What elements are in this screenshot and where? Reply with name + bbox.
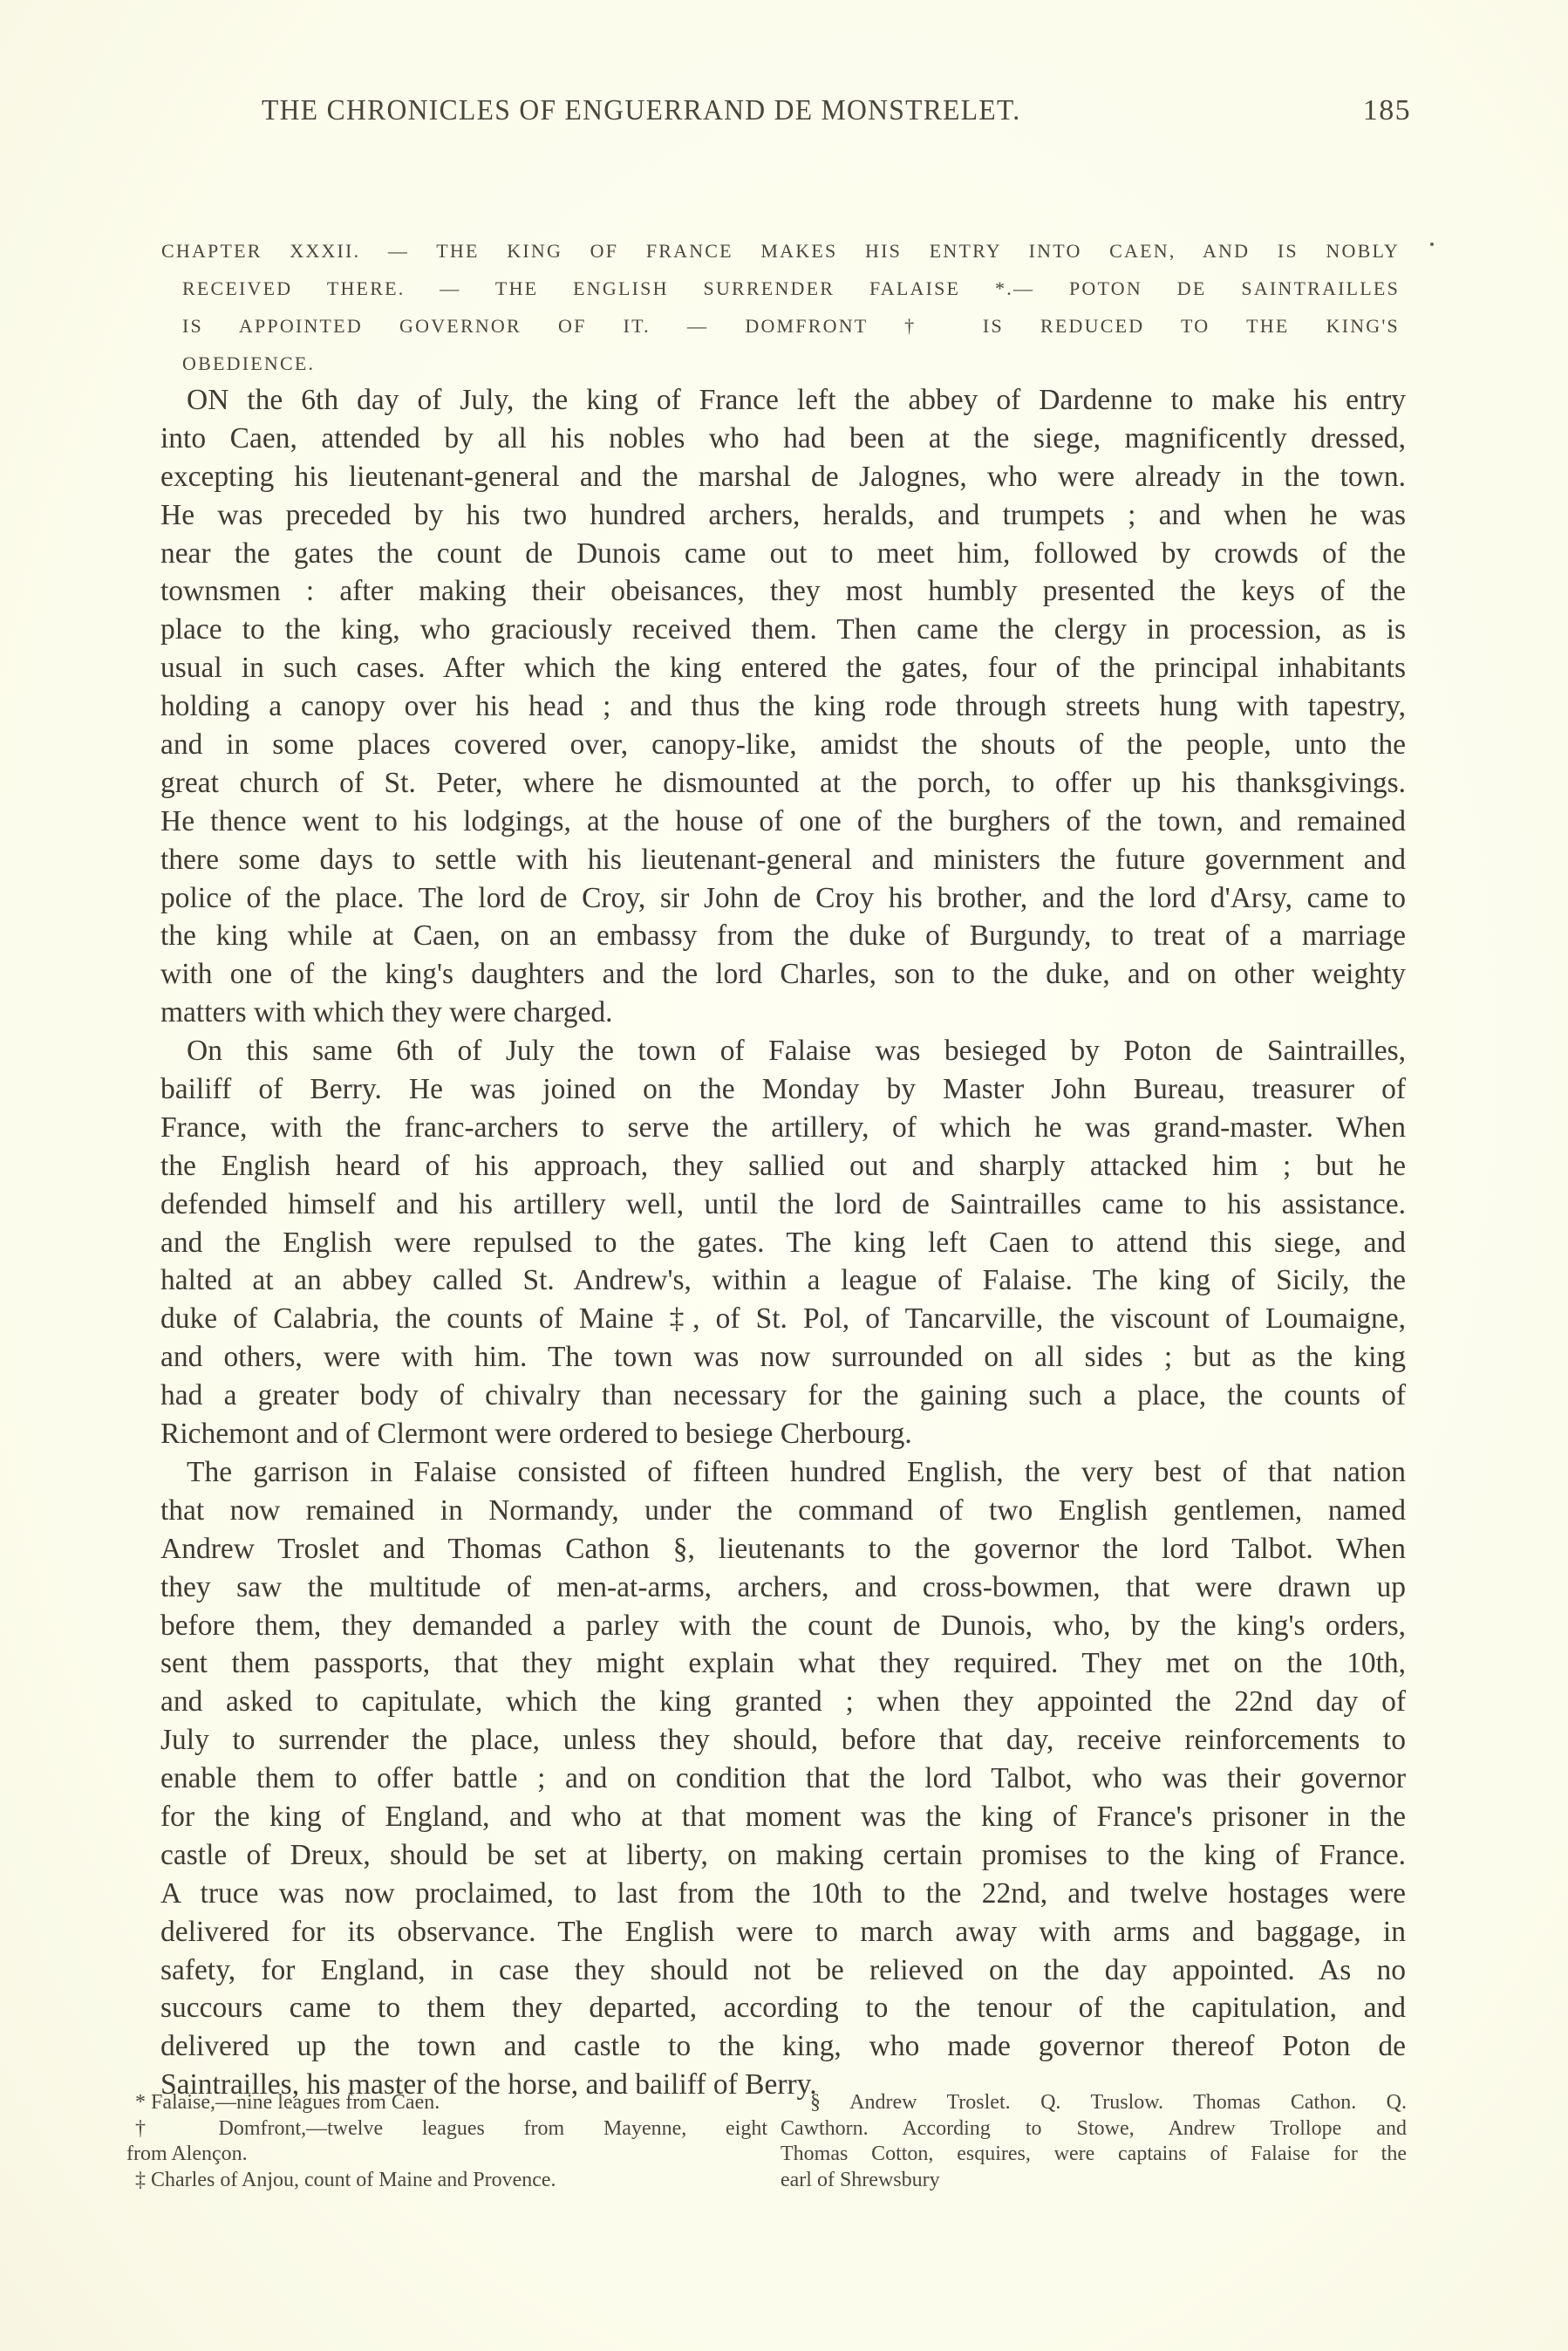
text-line: France, with the franc-archers to serve … (160, 1109, 1406, 1147)
text-line: they saw the multitude of men-at-arms, a… (160, 1568, 1406, 1607)
text-line: the king while at Caen, on an embassy fr… (160, 917, 1406, 955)
text-line: the English heard of his approach, they … (160, 1147, 1406, 1186)
text-line: castle of Dreux, should be set at libert… (160, 1836, 1406, 1875)
footnote-line: * Falaise,—nine leagues from Caen. (126, 2090, 767, 2116)
chapter-heading-line: CHAPTER XXXII. — THE KING OF FRANCE MAKE… (161, 232, 1400, 270)
footnote-line: Cawthorn. According to Stowe, Andrew Tro… (781, 2116, 1407, 2143)
text-line: before them, they demanded a parley with… (160, 1607, 1406, 1645)
text-line: safety, for England, in case they should… (160, 1951, 1406, 1990)
text-line: July to surrender the place, unless they… (160, 1721, 1406, 1760)
text-line: holding a canopy over his head ; and thu… (160, 687, 1406, 726)
text-line: for the king of England, and who at that… (160, 1798, 1406, 1836)
text-line: Andrew Troslet and Thomas Cathon §, lieu… (160, 1530, 1406, 1568)
text-line: He thence went to his lodgings, at the h… (160, 803, 1406, 841)
text-line: there some days to settle with his lieut… (160, 841, 1406, 879)
text-line: ON the 6th day of July, the king of Fran… (160, 381, 1406, 420)
footnote-line: † Domfront,—twelve leagues from Mayenne,… (126, 2116, 767, 2143)
chapter-heading-line: IS APPOINTED GOVERNOR OF IT. — DOMFRONT … (182, 307, 1400, 345)
text-line: A truce was now proclaimed, to last from… (160, 1875, 1406, 1913)
text-line: police of the place. The lord de Croy, s… (160, 879, 1406, 918)
chapter-body: ON the 6th day of July, the king of Fran… (160, 381, 1406, 2104)
page-number: 185 (1363, 94, 1411, 127)
text-line: He was preceded by his two hundred arche… (160, 496, 1406, 535)
text-line: succours came to them they departed, acc… (160, 1989, 1406, 2027)
text-line: had a greater body of chivalry than nece… (160, 1377, 1406, 1415)
text-line: matters with which they were charged. (160, 994, 1406, 1032)
text-line: near the gates the count de Dunois came … (160, 535, 1406, 573)
text-line: delivered for its observance. The Englis… (160, 1913, 1406, 1951)
text-line: and others, were with him. The town was … (160, 1338, 1406, 1377)
chapter-heading: CHAPTER XXXII. — THE KING OF FRANCE MAKE… (161, 232, 1400, 382)
chapter-heading-line: OBEDIENCE. (182, 345, 1400, 382)
text-line: delivered up the town and castle to the … (160, 2027, 1406, 2066)
text-line: townsmen : after making their obeisances… (160, 572, 1406, 611)
scan-speck (1430, 243, 1434, 246)
text-line: defended himself and his artillery well,… (160, 1186, 1406, 1224)
book-title: THE CHRONICLES OF ENGUERRAND DE MONSTREL… (262, 94, 1020, 127)
text-line: Richemont and of Clermont were ordered t… (160, 1415, 1406, 1453)
running-header: THE CHRONICLES OF ENGUERRAND DE MONSTREL… (262, 94, 1404, 134)
text-line: duke of Calabria, the counts of Maine ‡,… (160, 1300, 1406, 1338)
text-line: with one of the king's daughters and the… (160, 955, 1406, 994)
footnote-line: § Andrew Troslet. Q. Truslow. Thomas Cat… (781, 2090, 1407, 2116)
text-line: halted at an abbey called St. Andrew's, … (160, 1261, 1406, 1300)
text-line: The garrison in Falaise consisted of fif… (160, 1453, 1406, 1492)
text-line: sent them passports, that they might exp… (160, 1644, 1406, 1683)
text-line: and in some places covered over, canopy-… (160, 726, 1406, 764)
text-line: and the English were repulsed to the gat… (160, 1224, 1406, 1262)
book-page: THE CHRONICLES OF ENGUERRAND DE MONSTREL… (0, 0, 1568, 2351)
text-line: enable them to offer battle ; and on con… (160, 1760, 1406, 1798)
footnote-line: earl of Shrewsbury (781, 2168, 1407, 2194)
chapter-heading-line: RECEIVED THERE. — THE ENGLISH SURRENDER … (182, 270, 1400, 307)
footnote-line: Thomas Cotton, esquires, were captains o… (781, 2142, 1407, 2168)
footnotes-left-column: * Falaise,—nine leagues from Caen. † Dom… (126, 2090, 767, 2193)
footnote-line: ‡ Charles of Anjou, count of Maine and P… (126, 2168, 767, 2194)
text-line: into Caen, attended by all his nobles wh… (160, 420, 1406, 458)
text-line: On this same 6th of July the town of Fal… (160, 1032, 1406, 1070)
text-line: bailiff of Berry. He was joined on the M… (160, 1070, 1406, 1109)
footnote-line: from Alençon. (126, 2142, 767, 2168)
footnotes-right-column: § Andrew Troslet. Q. Truslow. Thomas Cat… (781, 2090, 1407, 2193)
text-line: that now remained in Normandy, under the… (160, 1492, 1406, 1530)
text-line: place to the king, who graciously receiv… (160, 611, 1406, 649)
text-line: excepting his lieutenant-general and the… (160, 458, 1406, 496)
text-line: usual in such cases. After which the kin… (160, 649, 1406, 687)
text-line: and asked to capitulate, which the king … (160, 1683, 1406, 1721)
text-line: great church of St. Peter, where he dism… (160, 764, 1406, 803)
